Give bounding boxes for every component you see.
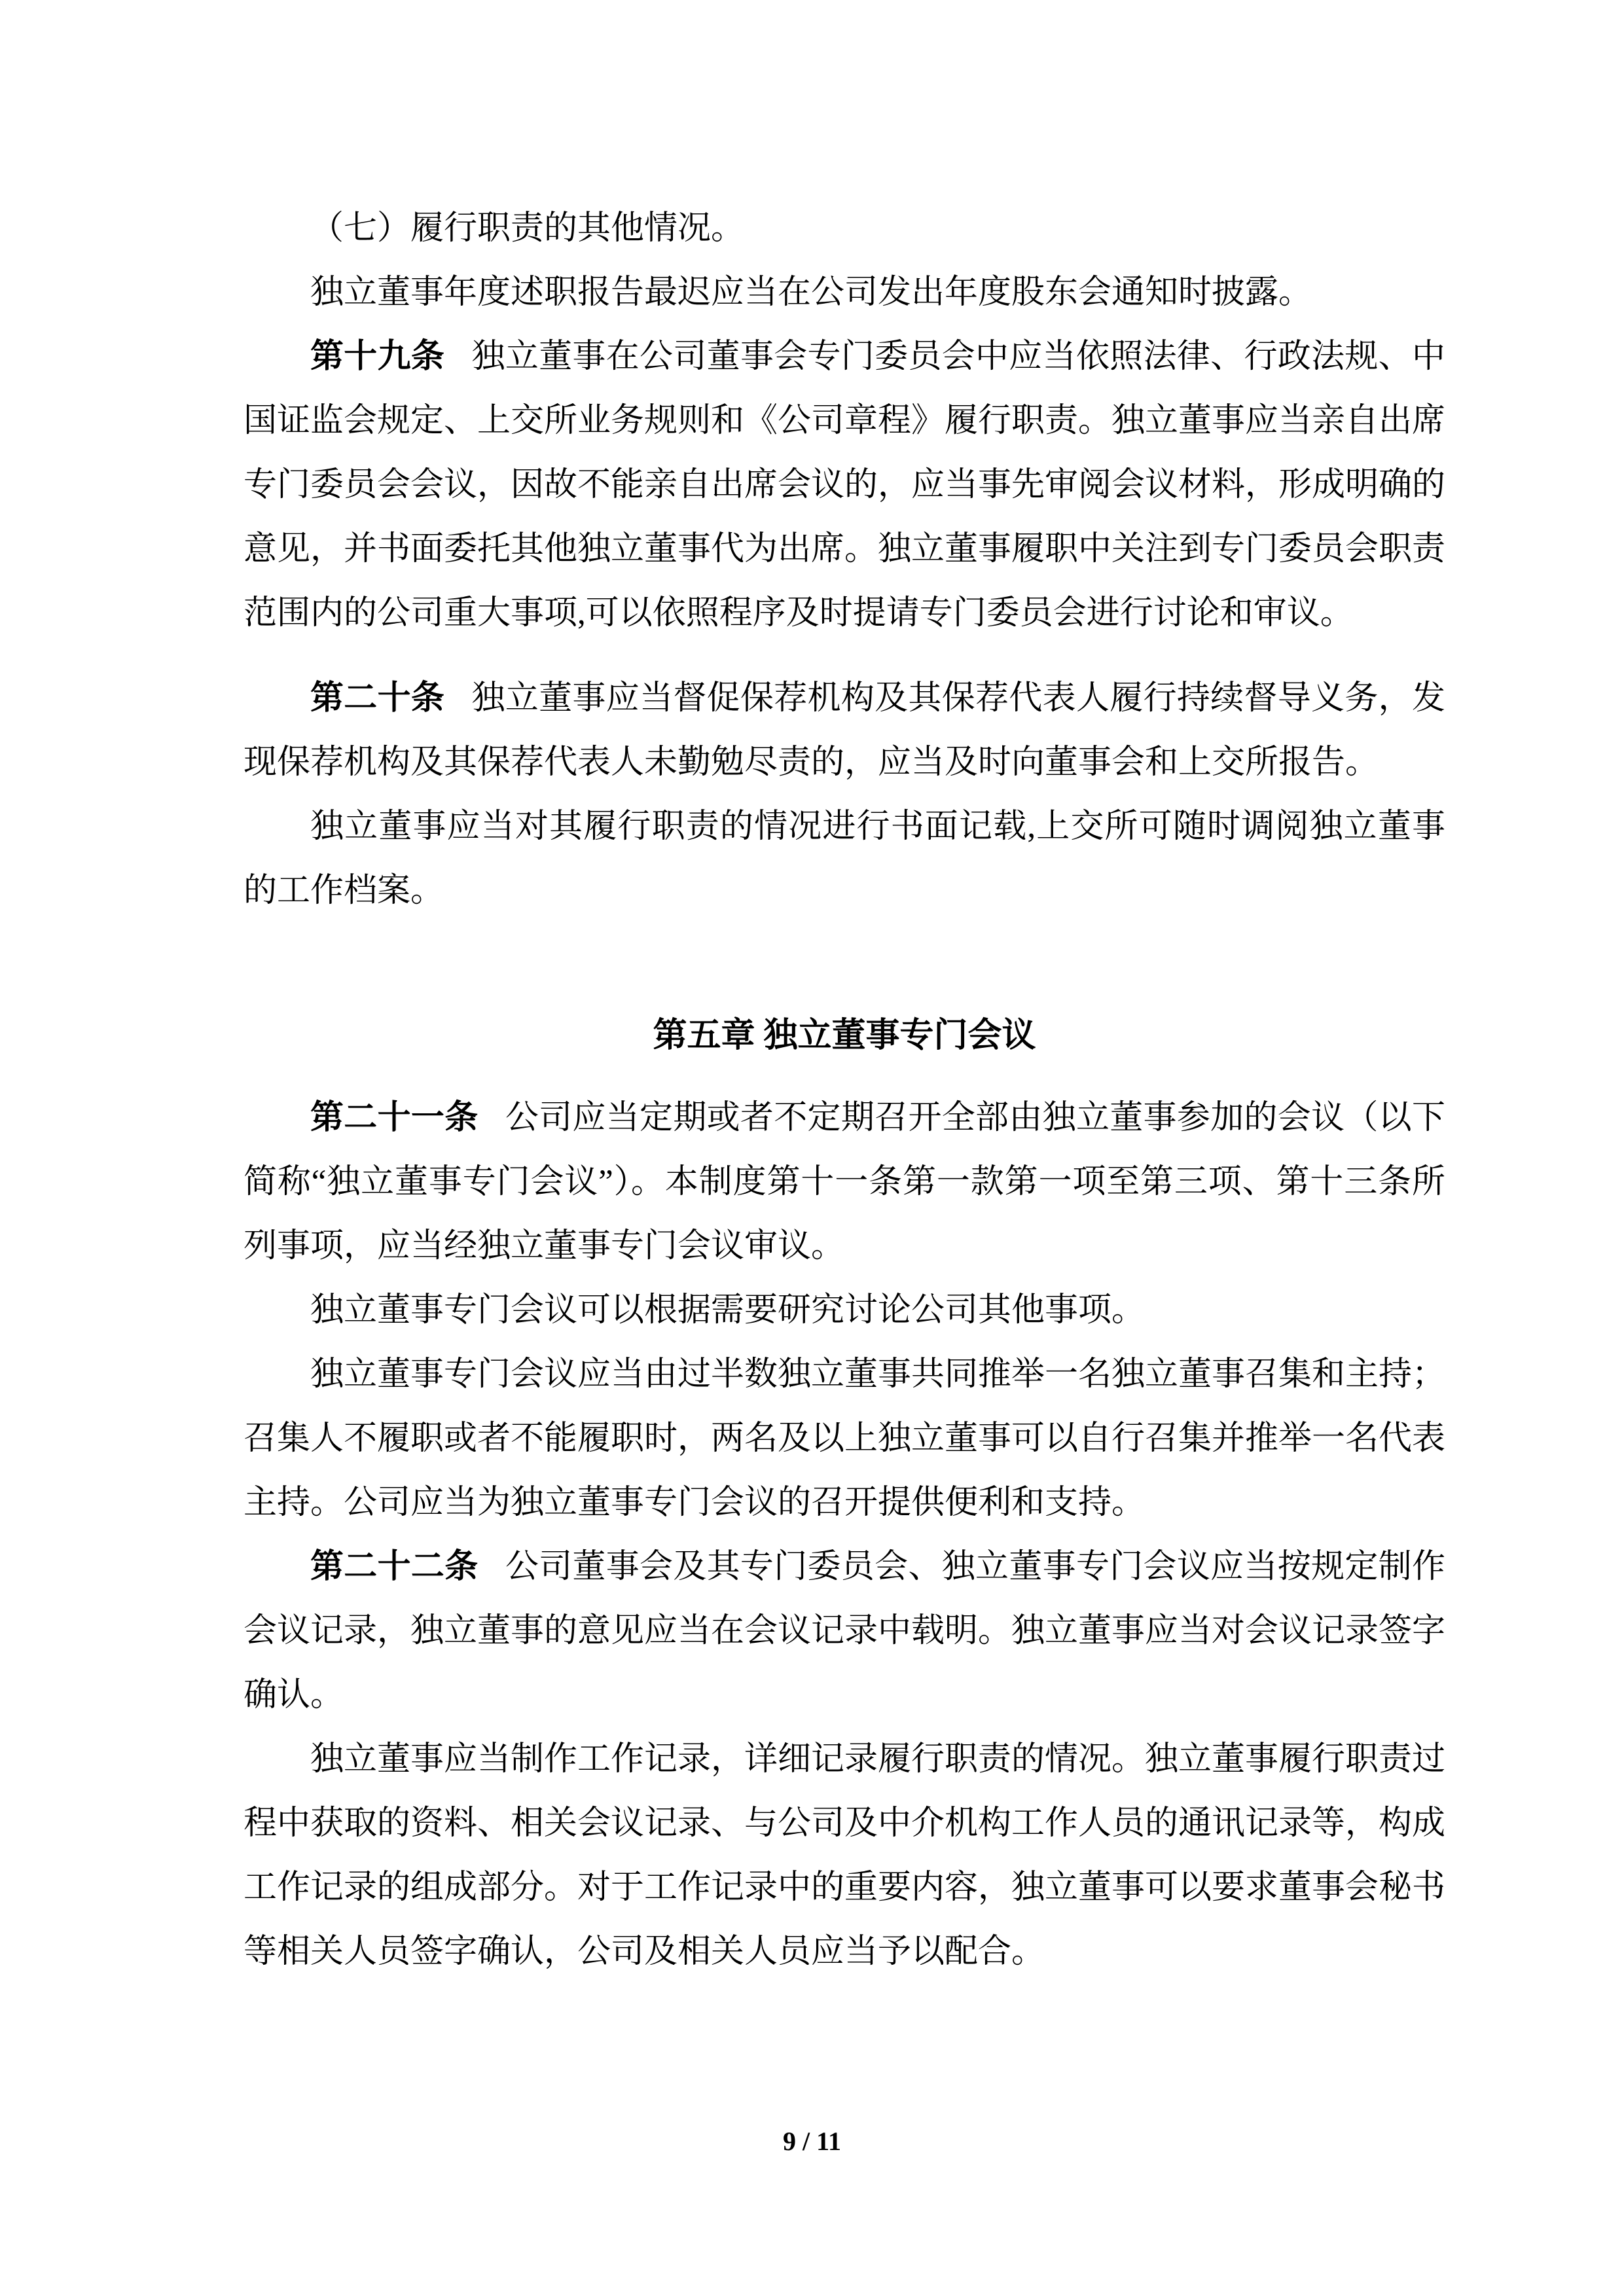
paragraph-text: 独立董事应当对其履行职责的情况进行书面记载,上交所可随时调阅独立董事的工作档案。 xyxy=(244,808,1445,909)
page-number: 9 / 11 xyxy=(0,2128,1624,2155)
paragraph: 独立董事专门会议可以根据需要研究讨论公司其他事项。 xyxy=(244,1278,1445,1342)
paragraph-article-19: 第十九条独立董事在公司董事会专门委员会中应当依照法律、行政法规、中国证监会规定、… xyxy=(244,325,1445,645)
paragraph: （七）履行职责的其他情况。 xyxy=(244,196,1445,260)
paragraph: 独立董事年度述职报告最迟应当在公司发出年度股东会通知时披露。 xyxy=(244,260,1445,325)
paragraph-text: 独立董事年度述职报告最迟应当在公司发出年度股东会通知时披露。 xyxy=(310,274,1312,311)
paragraph-article-21: 第二十一条公司应当定期或者不定期召开全部由独立董事参加的会议（以下简称“独立董事… xyxy=(244,1086,1445,1278)
paragraph-text: 独立董事应当制作工作记录，详细记录履行职责的情况。独立董事履行职责过程中获取的资… xyxy=(244,1741,1445,1970)
paragraph-text: （七）履行职责的其他情况。 xyxy=(310,210,744,247)
paragraph-article-20: 第二十条独立董事应当督促保荐机构及其保荐代表人履行持续督导义务，发现保荐机构及其… xyxy=(244,666,1445,795)
paragraph-text: 独立董事在公司董事会专门委员会中应当依照法律、行政法规、中国证监会规定、上交所业… xyxy=(244,338,1445,632)
paragraph: 独立董事专门会议应当由过半数独立董事共同推举一名独立董事召集和主持；召集人不履职… xyxy=(244,1342,1445,1535)
paragraph: 独立董事应当对其履行职责的情况进行书面记载,上交所可随时调阅独立董事的工作档案。 xyxy=(244,795,1445,923)
article-number: 第二十二条 xyxy=(310,1549,478,1585)
article-number: 第十九条 xyxy=(310,338,444,375)
paragraph-text: 独立董事专门会议应当由过半数独立董事共同推举一名独立董事召集和主持；召集人不履职… xyxy=(244,1356,1445,1521)
paragraph: 独立董事应当制作工作记录，详细记录履行职责的情况。独立董事履行职责过程中获取的资… xyxy=(244,1727,1445,1984)
article-number: 第二十条 xyxy=(310,680,444,717)
document-page: （七）履行职责的其他情况。 独立董事年度述职报告最迟应当在公司发出年度股东会通知… xyxy=(0,0,1624,2296)
paragraph-article-22: 第二十二条公司董事会及其专门委员会、独立董事专门会议应当按规定制作会议记录，独立… xyxy=(244,1535,1445,1727)
chapter-heading: 第五章 独立董事专门会议 xyxy=(244,1004,1445,1068)
document-body: （七）履行职责的其他情况。 独立董事年度述职报告最迟应当在公司发出年度股东会通知… xyxy=(244,196,1445,1984)
article-number: 第二十一条 xyxy=(310,1100,478,1136)
paragraph-text: 独立董事专门会议可以根据需要研究讨论公司其他事项。 xyxy=(310,1292,1145,1329)
